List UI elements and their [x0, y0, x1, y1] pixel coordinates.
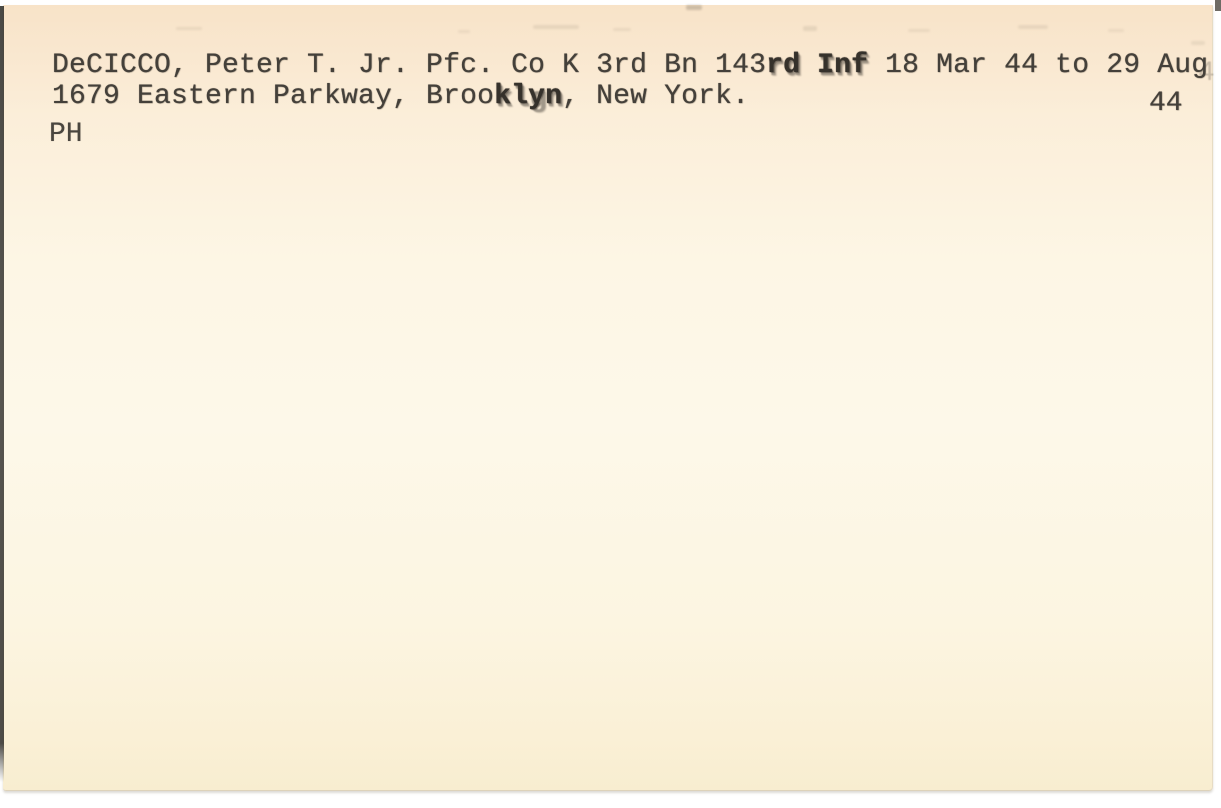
scan-edge-left: [0, 6, 4, 782]
city-text: klyn: [494, 81, 562, 112]
smudge-mark: [908, 29, 930, 32]
smudge-mark: [686, 5, 702, 10]
index-card: DeCICCO, Peter T. Jr. Pfc. Co K 3rd Bn 1…: [3, 5, 1213, 791]
service-dates-text: 18 Mar 44 to 29 Aug: [868, 50, 1208, 81]
smudge-mark: [533, 25, 579, 29]
smudge-mark: [176, 27, 202, 30]
smudge-mark: [1191, 41, 1205, 45]
scan-edge-top-right: [1215, 0, 1221, 11]
overstruck-regiment-text: rd Infrd Inf: [766, 50, 868, 81]
service-record-line: DeCICCO, Peter T. Jr. Pfc. Co K 3rd Bn 1…: [52, 50, 1212, 81]
address-line: 1679 Eastern Parkway, Brooklgnklyn, New …: [52, 81, 1212, 112]
smudge-mark: [1018, 25, 1048, 29]
award-code: PH: [49, 119, 83, 150]
scanned-card-page: DeCICCO, Peter T. Jr. Pfc. Co K 3rd Bn 1…: [0, 0, 1221, 808]
overstruck-city-text: klgnklyn: [494, 81, 562, 112]
street-address-text: 1679 Eastern Parkway, Broo: [52, 81, 494, 112]
state-text: , New York.: [562, 81, 749, 112]
clipped-character: 4: [1198, 58, 1215, 89]
card-text-block: DeCICCO, Peter T. Jr. Pfc. Co K 3rd Bn 1…: [52, 50, 1212, 112]
smudge-mark: [458, 30, 470, 33]
regiment-text: rd Inf: [766, 50, 868, 81]
year-continuation: 44: [1149, 88, 1183, 119]
name-rank-unit-text: DeCICCO, Peter T. Jr. Pfc. Co K 3rd Bn 1…: [52, 50, 766, 81]
smudge-mark: [1108, 29, 1124, 32]
smudge-mark: [613, 28, 631, 31]
smudge-mark: [803, 26, 817, 31]
